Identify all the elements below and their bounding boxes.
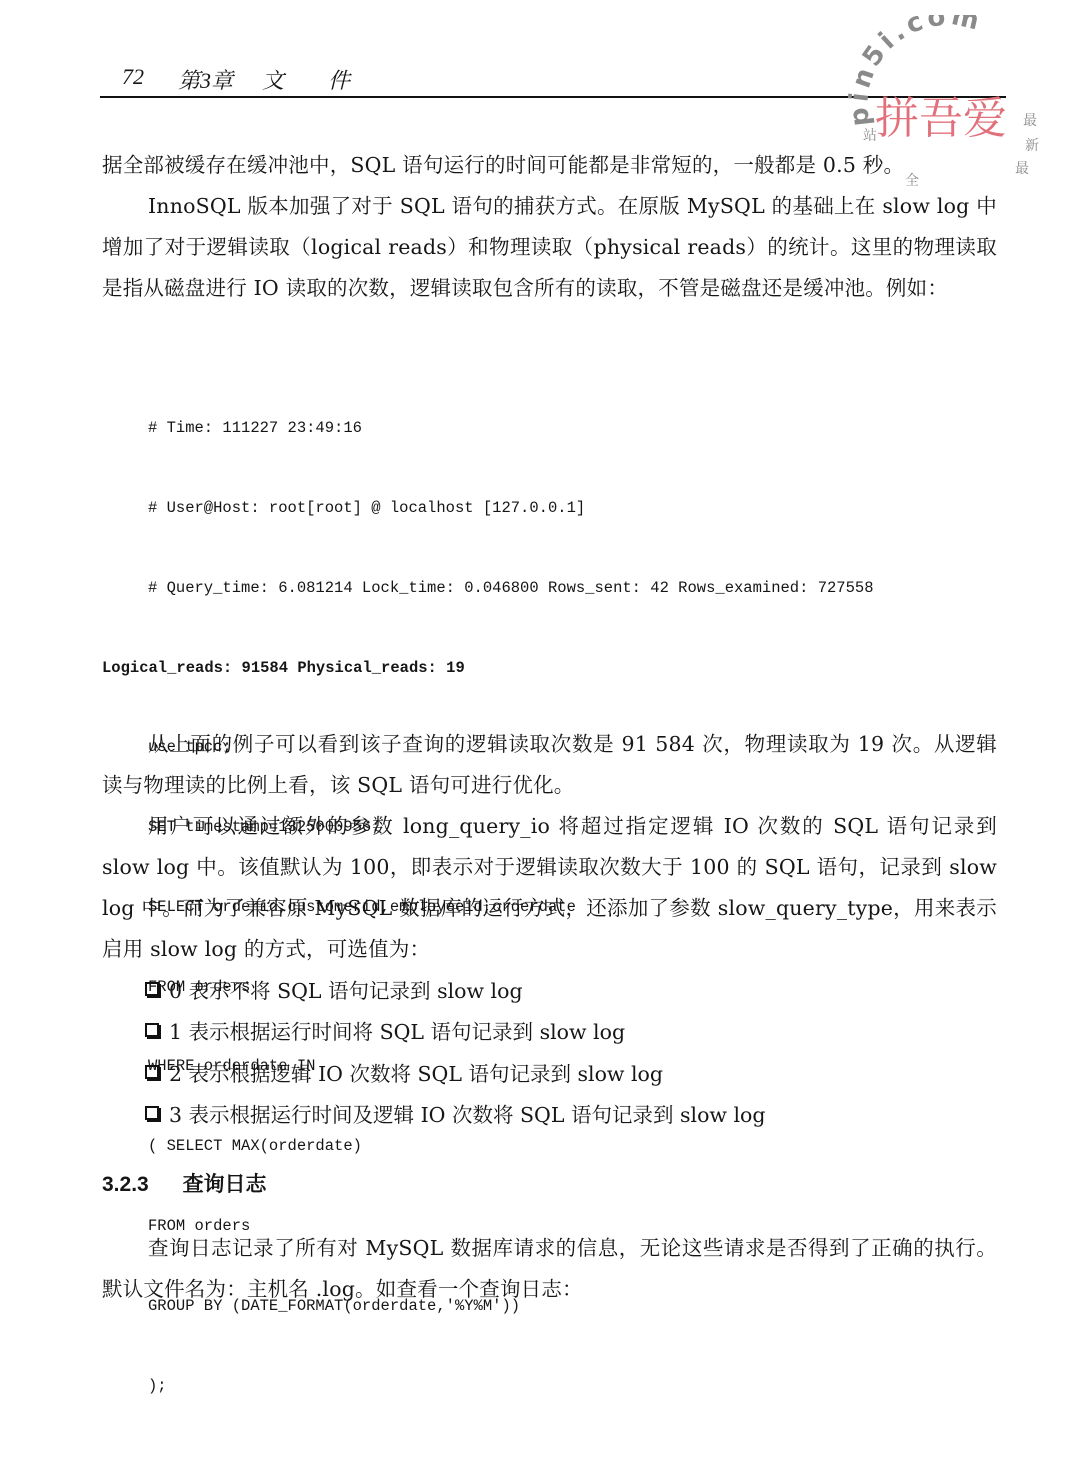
- option-item: 0 表示不将 SQL 语句记录到 slow log: [145, 968, 766, 1010]
- paragraph-innosql: InnoSQL 版本加强了对于 SQL 语句的捕获方式。在原版 MySQL 的基…: [102, 186, 997, 309]
- code-line: ( SELECT MAX(orderdate): [102, 1133, 1032, 1160]
- code-line: # User@Host: root[root] @ localhost [127…: [102, 495, 1032, 522]
- checkbox-bullet-icon: [145, 1023, 159, 1037]
- svg-text:新: 新: [1025, 138, 1039, 154]
- option-item: 2 表示根据逻辑 IO 次数将 SQL 语句记录到 slow log: [145, 1051, 766, 1093]
- option-text: 3 表示根据运行时间及逻辑 IO 次数将 SQL 语句记录到 slow log: [169, 1098, 766, 1128]
- svg-text:站: 站: [863, 127, 877, 144]
- section-title: 查询日志: [183, 1173, 267, 1196]
- code-line: );: [102, 1373, 1032, 1400]
- paragraph-continuation: 据全部被缓存在缓冲池中，SQL 语句运行的时间可能都是非常短的，一般都是 0.5…: [102, 145, 997, 186]
- chapter-label: 第3章: [178, 64, 233, 95]
- code-line: # Query_time: 6.081214 Lock_time: 0.0468…: [102, 575, 1032, 602]
- svg-text:最: 最: [1015, 161, 1029, 177]
- checkbox-bullet-icon: [145, 1106, 159, 1120]
- paragraph-example-analysis: 从上面的例子可以看到该子查询的逻辑读取次数是 91 584 次，物理读取为 19…: [102, 724, 997, 806]
- paragraph-query-log: 查询日志记录了所有对 MySQL 数据库请求的信息，无论这些请求是否得到了正确的…: [102, 1228, 997, 1310]
- paragraph-long-query-io: 用户可以通过额外的参数 long_query_io 将超过指定逻辑 IO 次数的…: [102, 806, 997, 970]
- section-heading: 3.2.3 查询日志: [102, 1168, 267, 1198]
- page-number: 72: [122, 64, 144, 90]
- option-item: 3 表示根据运行时间及逻辑 IO 次数将 SQL 语句记录到 slow log: [145, 1093, 766, 1135]
- section-number: 3.2.3: [102, 1173, 149, 1196]
- option-list: 0 表示不将 SQL 语句记录到 slow log 1 表示根据运行时间将 SQ…: [145, 968, 766, 1134]
- option-text: 2 表示根据逻辑 IO 次数将 SQL 语句记录到 slow log: [169, 1057, 663, 1087]
- watermark-brand: 拼吾爱: [875, 93, 1007, 144]
- checkbox-bullet-icon: [145, 1065, 159, 1079]
- checkbox-bullet-icon: [145, 982, 159, 996]
- chapter-title-char-1: 文: [262, 64, 284, 95]
- code-line-bold: Logical_reads: 91584 Physical_reads: 19: [102, 655, 1032, 682]
- option-item: 1 表示根据运行时间将 SQL 语句记录到 slow log: [145, 1010, 766, 1052]
- option-text: 0 表示不将 SQL 语句记录到 slow log: [169, 974, 523, 1004]
- svg-text:最: 最: [1023, 113, 1037, 129]
- option-text: 1 表示根据运行时间将 SQL 语句记录到 slow log: [169, 1015, 625, 1045]
- chapter-title-char-2: 件: [328, 64, 350, 95]
- code-line: # Time: 111227 23:49:16: [102, 415, 1032, 442]
